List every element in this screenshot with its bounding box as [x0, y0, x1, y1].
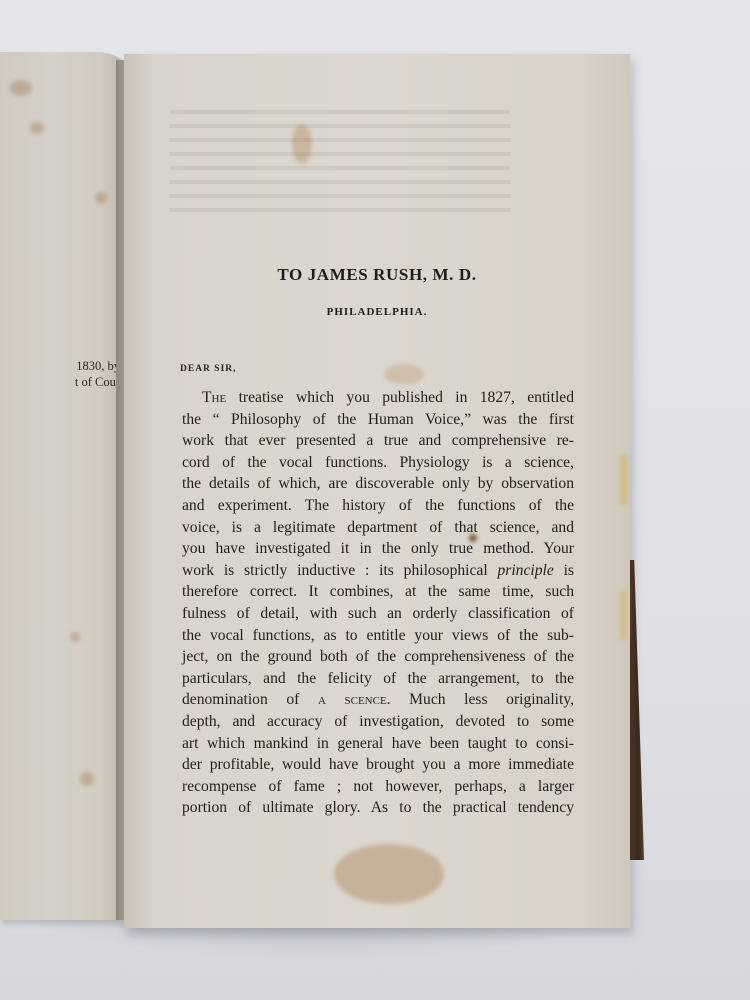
text-line: fulness of detail, with such an orderly … [182, 603, 574, 625]
foxing-stain [95, 192, 107, 204]
left-page-fragment: 1830, by [0, 358, 120, 374]
text-line: portion of ultimate glory. As to the pra… [182, 797, 574, 819]
foxing-stain [10, 80, 32, 96]
text-line: The treatise which you published in 1827… [182, 387, 574, 409]
dedication-title: TO JAMES RUSH, M. D. [124, 265, 630, 285]
foxing-stain [384, 364, 424, 384]
water-stain [334, 844, 444, 904]
text-line: art which mankind in general have been t… [182, 733, 574, 755]
text-line: cord of the vocal functions. Physiology … [182, 452, 574, 474]
text-line: ject, on the ground both of the comprehe… [182, 646, 574, 668]
dedication-location: PHILADELPHIA. [124, 306, 630, 318]
salutation: DEAR SIR, [180, 364, 237, 374]
leather-binding-edge [630, 560, 644, 860]
text-line: der profitable, would have brought you a… [182, 754, 574, 776]
text-line: recompense of fame ; not however, perhap… [182, 776, 574, 798]
text-line: denomination of a scence. Much less orig… [182, 689, 574, 711]
dedication-paragraph: The treatise which you published in 1827… [182, 387, 574, 819]
text-line: therefore correct. It combines, at the s… [182, 581, 574, 603]
foxing-stain [80, 772, 94, 786]
foxing-stain [30, 122, 44, 134]
text-line: you have investigated it in the only tru… [182, 538, 574, 560]
text-line: work that ever presented a true and comp… [182, 430, 574, 452]
text-line: the vocal functions, as to entitle your … [182, 625, 574, 647]
left-page-fragment: t of Cou- [0, 374, 120, 390]
text-line: voice, is a legitimate department of tha… [182, 517, 574, 539]
page-edge-discoloration [620, 590, 628, 640]
text-line: particulars, and the felicity of the arr… [182, 668, 574, 690]
text-line: work is strictly inductive : its philoso… [182, 560, 574, 582]
text-line: the “ Philosophy of the Human Voice,” wa… [182, 409, 574, 431]
text-line: depth, and accuracy of investigation, de… [182, 711, 574, 733]
text-line: and experiment. The history of the funct… [182, 495, 574, 517]
left-page: 1830, by t of Cou- [0, 52, 124, 920]
text-line: the details of which, are discoverable o… [182, 473, 574, 495]
foxing-stain [70, 632, 80, 642]
page-edge-discoloration [620, 455, 628, 505]
